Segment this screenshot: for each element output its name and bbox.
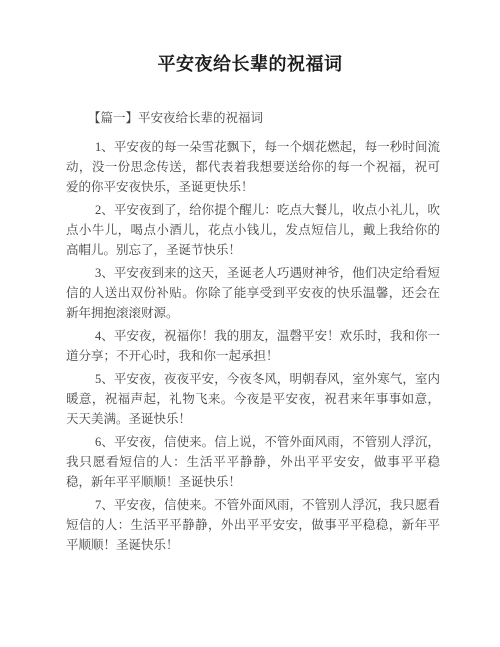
blessing-paragraph-7: 7、平安夜，信使来。不管外面风雨，不管别人浮沉，我只愿看短信的人：生活平平静静，… (66, 495, 440, 555)
section-heading: 【篇一】平安夜给长辈的祝福词 (66, 108, 440, 128)
blessing-paragraph-5: 5、平安夜，夜夜平安，今夜冬风，明朝春风，室外寒气，室内暖意，祝福声起，礼物飞来… (66, 369, 440, 429)
blessing-paragraph-3: 3、平安夜到来的这天，圣诞老人巧遇财神爷，他们决定给看短信的人送出双份补贴。你除… (66, 263, 440, 323)
blessing-paragraph-1: 1、平安夜的每一朵雪花飘下，每一个烟花燃起，每一秒时间流动，没一份思念传送，都代… (66, 137, 440, 197)
blessing-paragraph-2: 2、平安夜到了，给你提个醒儿：吃点大餐儿，收点小礼儿，吹点小牛儿，喝点小酒儿，花… (66, 200, 440, 260)
blessing-paragraph-4: 4、平安夜，祝福你！我的朋友，温磬平安！欢乐时，我和你一道分享；不开心时，我和你… (66, 326, 440, 366)
blessing-paragraph-6: 6、平安夜，信使来。信上说，不管外面风雨，不管别人浮沉，我只愿看短信的人：生活平… (66, 432, 440, 492)
page-title: 平安夜给长辈的祝福词 (66, 50, 434, 78)
document-page: 平安夜给长辈的祝福词 【篇一】平安夜给长辈的祝福词 1、平安夜的每一朵雪花飘下，… (0, 0, 500, 647)
